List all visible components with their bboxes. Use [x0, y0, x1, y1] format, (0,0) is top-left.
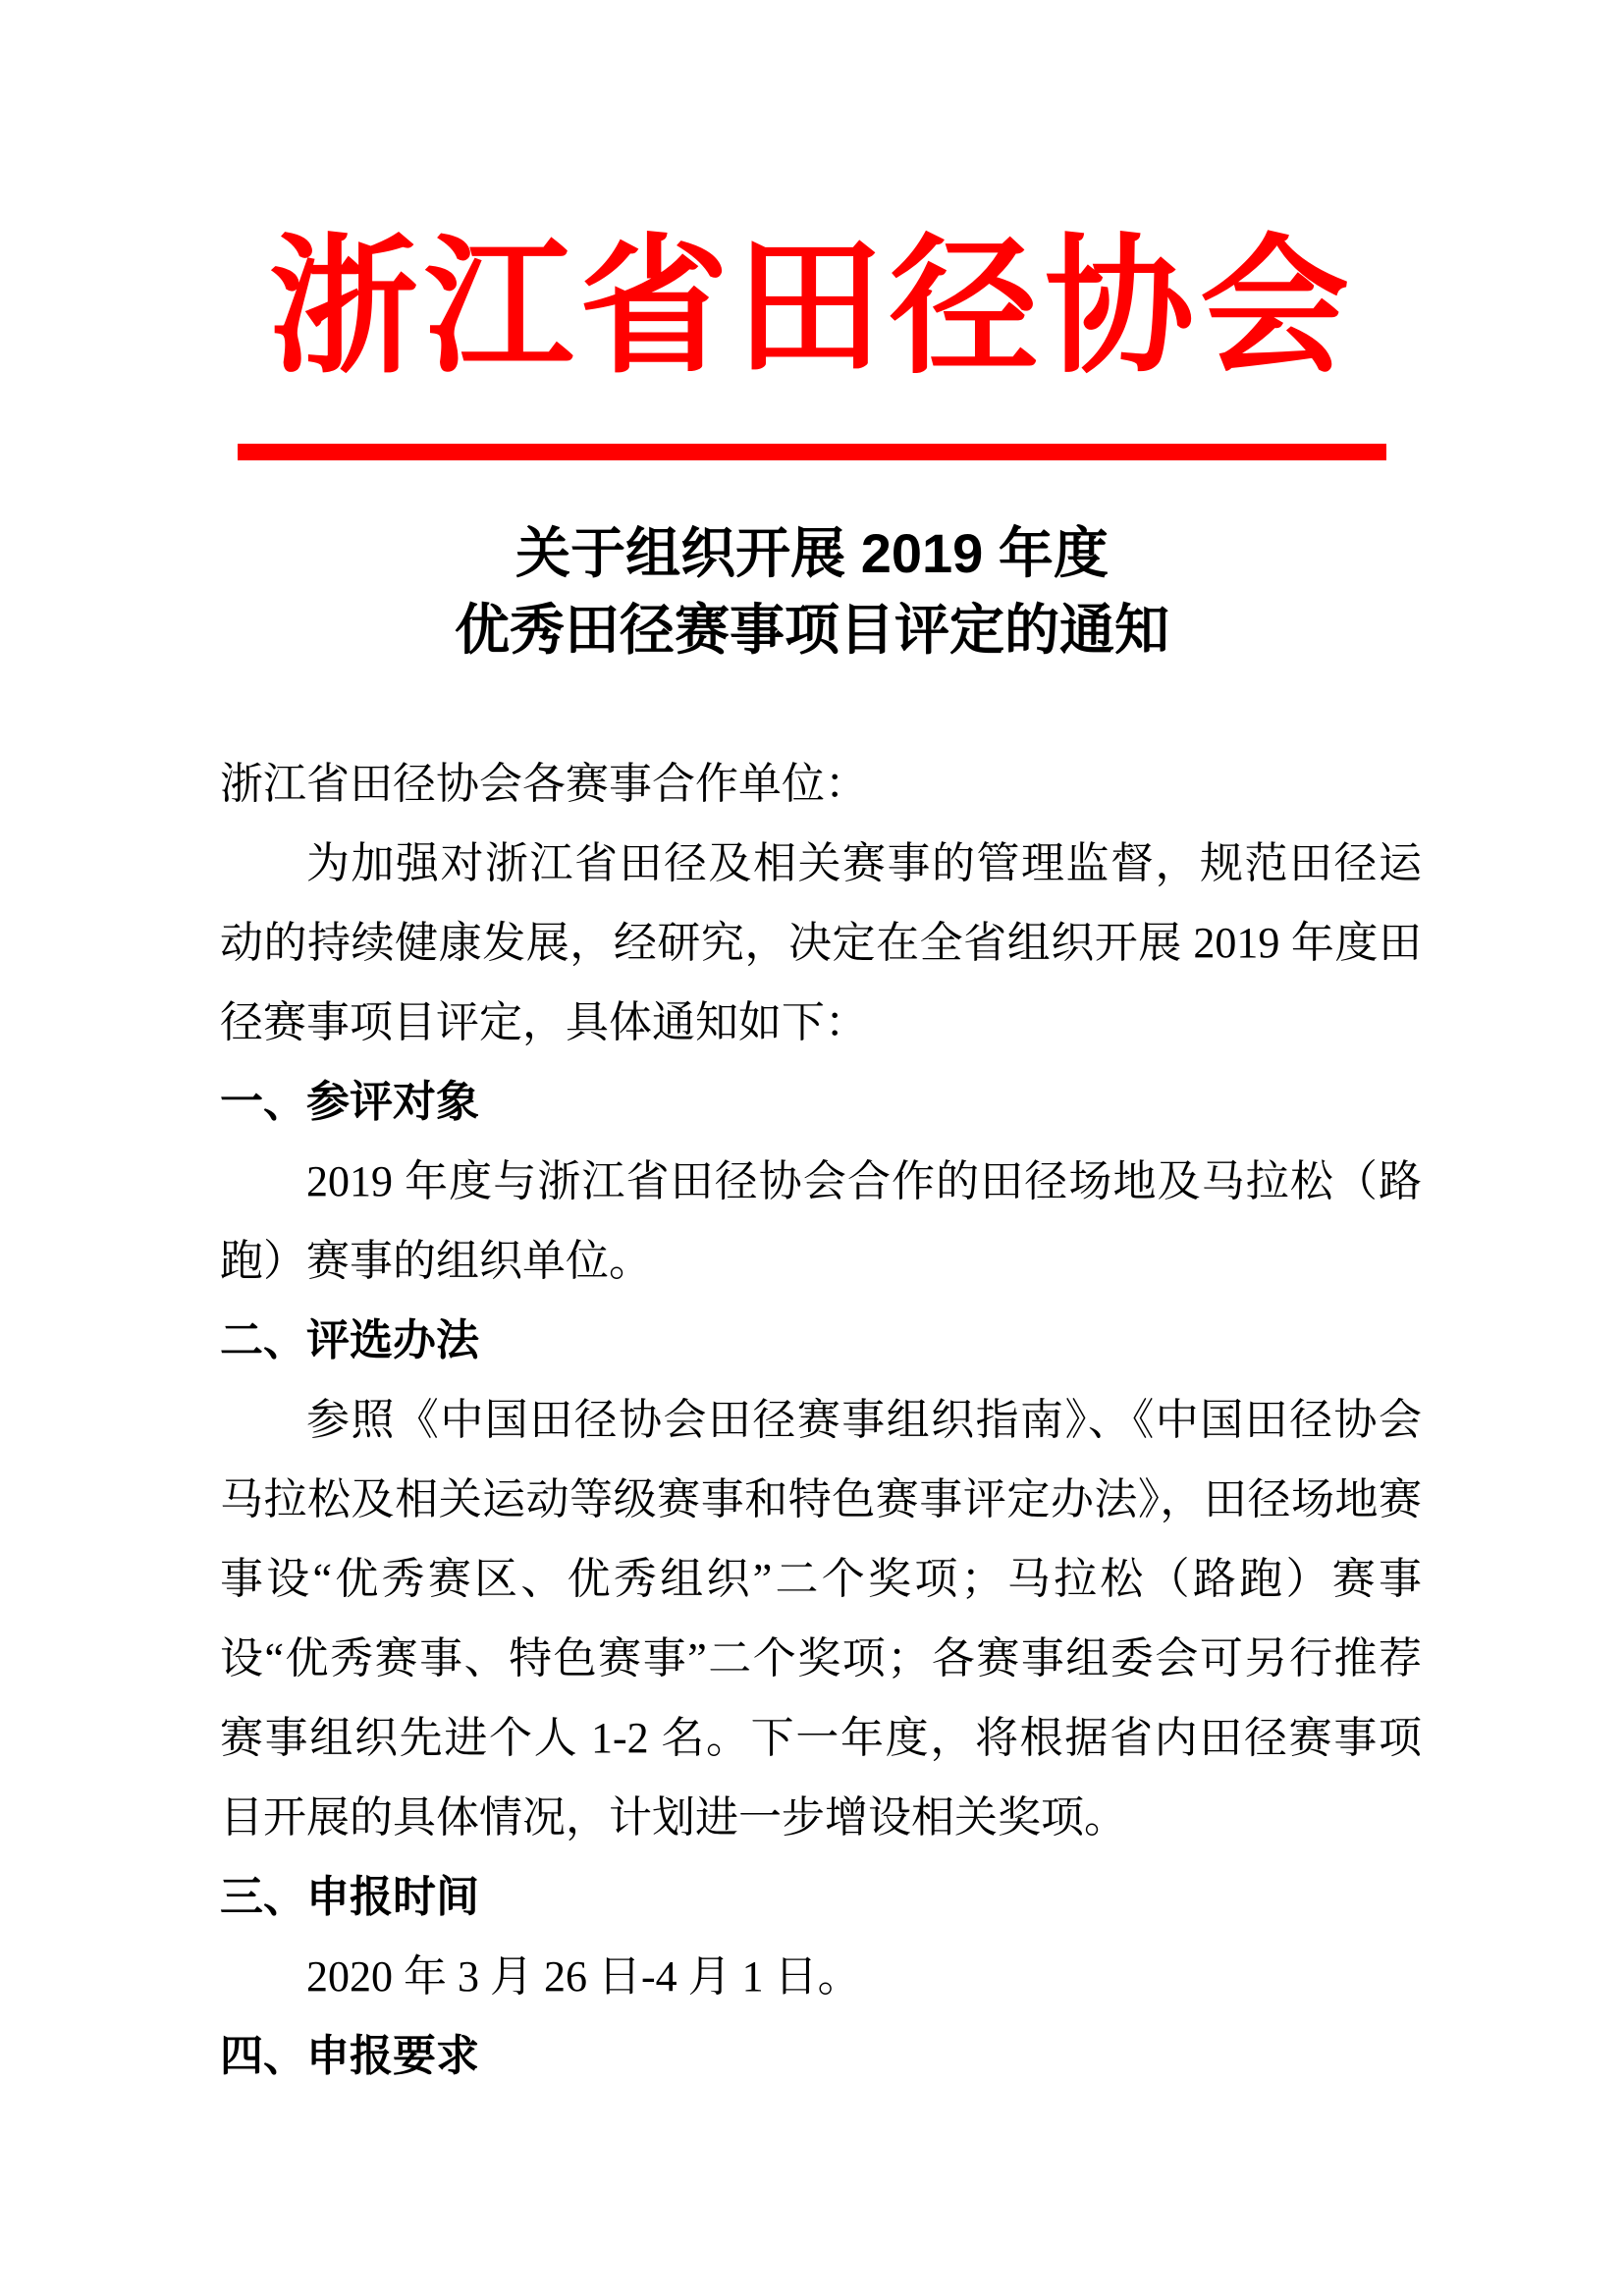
- section-3-content: 2020 年 3 月 26 日-4 月 1 日。: [220, 1937, 1422, 2016]
- org-name-title: 浙江省田径协会: [0, 224, 1624, 393]
- banner-divider-rule: [238, 444, 1386, 460]
- section-1-heading: 一、参评对象: [220, 1062, 1422, 1142]
- section-1-content: 2019 年度与浙江省田径协会合作的田径场地及马拉松（路跑）赛事的组织单位。: [220, 1142, 1422, 1301]
- section-2-heading: 二、评选办法: [220, 1301, 1422, 1380]
- document-title-line1: 关于组织开展 2019 年度: [0, 515, 1624, 592]
- salutation-line: 浙江省田径协会各赛事合作单位：: [220, 744, 1422, 824]
- document-title: 关于组织开展 2019 年度 优秀田径赛事项目评定的通知: [0, 515, 1624, 668]
- section-2-content: 参照《中国田径协会田径赛事组织指南》、《中国田径协会马拉松及相关运动等级赛事和特…: [220, 1380, 1422, 1857]
- document-title-line2: 优秀田径赛事项目评定的通知: [0, 592, 1624, 668]
- document-page: 浙江省田径协会 关于组织开展 2019 年度 优秀田径赛事项目评定的通知 浙江省…: [0, 0, 1624, 2296]
- org-banner: 浙江省田径协会: [0, 224, 1624, 460]
- document-body: 浙江省田径协会各赛事合作单位： 为加强对浙江省田径及相关赛事的管理监督，规范田径…: [220, 744, 1422, 2096]
- intro-paragraph: 为加强对浙江省田径及相关赛事的管理监督，规范田径运动的持续健康发展，经研究，决定…: [220, 824, 1422, 1062]
- section-4-heading: 四、申报要求: [220, 2016, 1422, 2096]
- section-3-heading: 三、申报时间: [220, 1857, 1422, 1937]
